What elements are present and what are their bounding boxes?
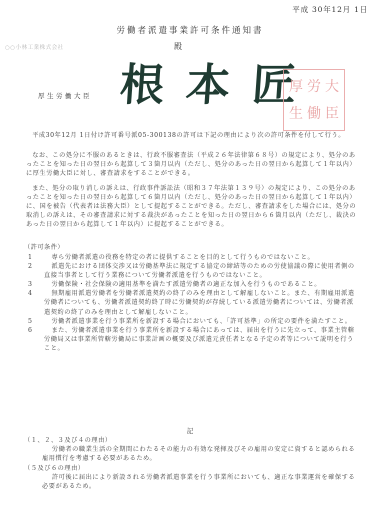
seal-char: 臣 (323, 100, 341, 127)
honorific: 殿 (174, 41, 182, 52)
reasons-section: （１、２、３及び４の理由） 労働者の職業生活の全期間にわたるその能力の有効な発揮… (24, 436, 358, 493)
reason-block: （５及び６の理由） 許可後に届出により新設される労働者派遣事業を行う事業所におい… (24, 464, 358, 491)
condition-number: 4 (28, 289, 33, 298)
body-paragraph: なお、この処分に不服のあるときは、行政不服審査法（平成２６年法律第６８号）の規定… (26, 151, 358, 178)
recipient-name: ○○小林工業株式会社 (5, 43, 64, 51)
ki-marker: 記 (0, 426, 380, 435)
condition-text: 派遣先における団体交渉又は労働基準法に規定する協定の締結等のための労使協議の際に… (44, 262, 358, 280)
issuer-title: 厚生労働大臣 (38, 91, 92, 100)
condition-item: 5 労働者派遣事業を行う事業所を新設する場合においても、「許可基準」の所定の要件… (28, 317, 358, 326)
conditions-list: 1 専ら労働者派遣の役務を特定の者に提供することを目的として行うものではないこと… (28, 253, 358, 353)
condition-number: 5 (28, 317, 33, 326)
condition-item: 3 労働保険・社会保険の適用基準を満たす派遣労働者の適正な加入を行うものであるこ… (28, 280, 358, 289)
reason-text: 許可後に届出により新設される労働者派遣事業を行う事業所においても、適正な事業運営… (24, 473, 358, 491)
reason-block: （１、２、３及び４の理由） 労働者の職業生活の全期間にわたるその能力の有効な発揮… (24, 436, 358, 463)
condition-number: 6 (28, 326, 33, 335)
condition-text: 労働者派遣事業を行う事業所を新設する場合においても、「許可基準」の所定の要件を満… (44, 317, 358, 326)
paragraph-appeal: なお、この処分に不服のあるときは、行政不服審査法（平成２６年法律第６８号）の規定… (26, 151, 358, 178)
seal-char: 厚 (287, 73, 305, 100)
seal-char: 働 (305, 100, 323, 127)
reason-heading: （５及び６の理由） (24, 464, 358, 473)
condition-text: また、労働者派遣事業を行う事業所を新設する場合にあっては、届出を行うに先立って、… (44, 326, 358, 353)
paragraph-lawsuit: また、処分の取り消しの訴えは、行政事件訴訟法（昭和３７年法第１３９号）の規定によ… (26, 184, 358, 229)
condition-text: 労働保険・社会保険の適用基準を満たす派遣労働者の適正な加入を行うものであること。 (44, 280, 358, 289)
seal-char: 生 (287, 100, 305, 127)
reason-text: 労働者の職業生活の全期間にわたるその能力の有効な発揮及びその雇用の安定に資すると… (24, 445, 358, 463)
condition-number: 2 (28, 262, 33, 271)
condition-text: 無期雇用派遣労働者を労働者派遣契約の終了のみを理由として解雇しないこと。また、有… (44, 289, 358, 316)
condition-item: 1 専ら労働者派遣の役務を特定の者に提供することを目的として行うものではないこと… (28, 253, 358, 262)
body-paragraph: また、処分の取り消しの訴えは、行政事件訴訟法（昭和３７年法第１３９号）の規定によ… (26, 184, 358, 229)
condition-item: 4 無期雇用派遣労働者を労働者派遣契約の終了のみを理由として解雇しないこと。また… (28, 289, 358, 316)
seal-char: 労 (305, 73, 323, 100)
condition-number: 1 (28, 253, 33, 262)
paragraph-permit: 平成30年12月 1日付け許可番号派05-300138の許可は下記の理由により次… (26, 131, 358, 140)
condition-item: 6 また、労働者派遣事業を行う事業所を新設する場合にあっては、届出を行うに先立っ… (28, 326, 358, 353)
reason-heading: （１、２、３及び４の理由） (24, 436, 358, 445)
condition-number: 3 (28, 280, 33, 289)
issue-date: 平成 30年12月 1日 (292, 4, 368, 15)
conditions-heading: （許可条件） (24, 242, 64, 251)
condition-item: 2 派遣先における団体交渉又は労働基準法に規定する協定の締結等のための労使協議の… (28, 262, 358, 280)
condition-text: 専ら労働者派遣の役務を特定の者に提供することを目的として行うものではないこと。 (44, 253, 358, 262)
document-title: 労働者派遣事業許可条件通知書 (0, 24, 380, 36)
seal-char: 大 (323, 73, 341, 100)
official-seal-stamp: 厚 労 大 生 働 臣 (283, 69, 345, 131)
body-paragraph: 平成30年12月 1日付け許可番号派05-300138の許可は下記の理由により次… (26, 131, 358, 140)
